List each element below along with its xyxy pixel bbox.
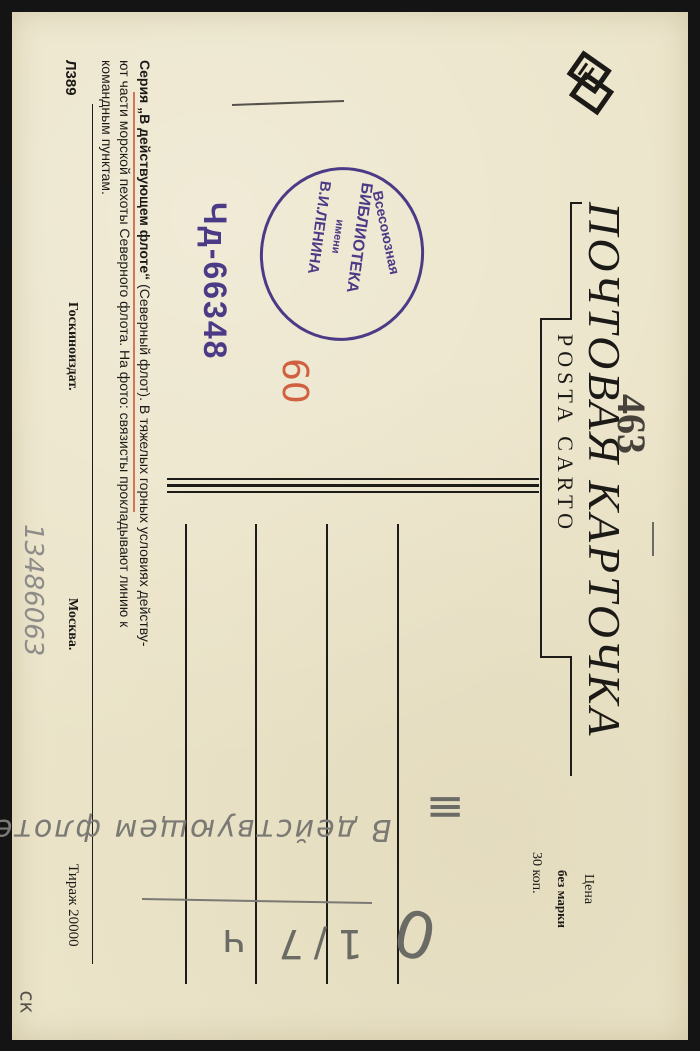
pencil-zero: 0 bbox=[385, 896, 443, 978]
pencil-stroke-top bbox=[232, 100, 344, 106]
caption-line-3: командным пунктам. bbox=[98, 60, 116, 195]
stamped-number: 463 bbox=[608, 394, 655, 454]
imprint-code: Л389 bbox=[62, 60, 79, 96]
imprint-publisher: Госкиноиздат. bbox=[64, 302, 80, 391]
divider-line-1 bbox=[167, 478, 539, 480]
stamp-line-1: БИБЛИОТЕКА bbox=[342, 181, 375, 293]
postcard-title-latin: POSTA CARTO bbox=[552, 334, 578, 534]
pencil-catalog-number: 13486063 bbox=[18, 524, 48, 656]
price-value: 30 коп. bbox=[528, 852, 544, 894]
title-frame-step-top bbox=[540, 318, 572, 320]
pencil-underline bbox=[142, 898, 372, 904]
series-name: „В действующем флоте“ bbox=[137, 107, 153, 280]
pencil-note: В действующем флоте bbox=[0, 812, 391, 847]
pencil-dash bbox=[652, 522, 654, 556]
red-pencil-underline bbox=[133, 92, 135, 512]
title-frame-step-bottom bbox=[540, 656, 572, 658]
inventory-number: Чд-66348 bbox=[196, 202, 233, 360]
address-line-2 bbox=[255, 524, 257, 984]
caption-line-1: Серия „В действующем флоте“ (Северный фл… bbox=[136, 60, 154, 647]
postcard-back: ПОЧТОВАЯ КАРТОЧКА POSTA CARTO 463 Цена б… bbox=[12, 12, 688, 1040]
stamp-line-2: имени bbox=[329, 219, 346, 255]
red-pencil-number: 60 bbox=[274, 358, 315, 404]
title-frame-left bbox=[570, 202, 572, 320]
publisher-logo-icon bbox=[554, 47, 630, 122]
imprint-print-run: Тираж 20000 bbox=[64, 864, 81, 947]
series-label: Серия bbox=[137, 60, 153, 103]
stamp-line-3: В.И.ЛЕНИНА bbox=[304, 180, 334, 275]
divider-line-3 bbox=[167, 491, 539, 493]
address-line-1 bbox=[185, 524, 187, 984]
imprint-city: Москва. bbox=[64, 598, 80, 650]
pencil-roman-numeral: III bbox=[421, 793, 467, 816]
address-line-3 bbox=[326, 524, 328, 984]
postcard-title: ПОЧТОВАЯ КАРТОЧКА bbox=[578, 202, 630, 739]
divider-line-2 bbox=[167, 484, 539, 487]
title-frame-top bbox=[572, 202, 582, 204]
caption-line-2: ют части морской пехоты Северного флота.… bbox=[116, 60, 134, 627]
caption-line-1-rest: (Северный флот). В тяжелых горных услови… bbox=[137, 284, 153, 647]
pencil-shelf-code: 1/7 ч bbox=[212, 920, 363, 966]
pencil-initials: ск bbox=[16, 990, 40, 1013]
title-frame-left-lower bbox=[570, 656, 572, 776]
price-sub: без марки bbox=[554, 870, 570, 928]
stamp-arc-text: Всесоюзная bbox=[370, 189, 403, 276]
library-stamp: Всесоюзная БИБЛИОТЕКА имени В.И.ЛЕНИНА bbox=[249, 156, 436, 351]
price-label: Цена bbox=[580, 874, 596, 904]
title-frame-inner bbox=[540, 318, 542, 658]
